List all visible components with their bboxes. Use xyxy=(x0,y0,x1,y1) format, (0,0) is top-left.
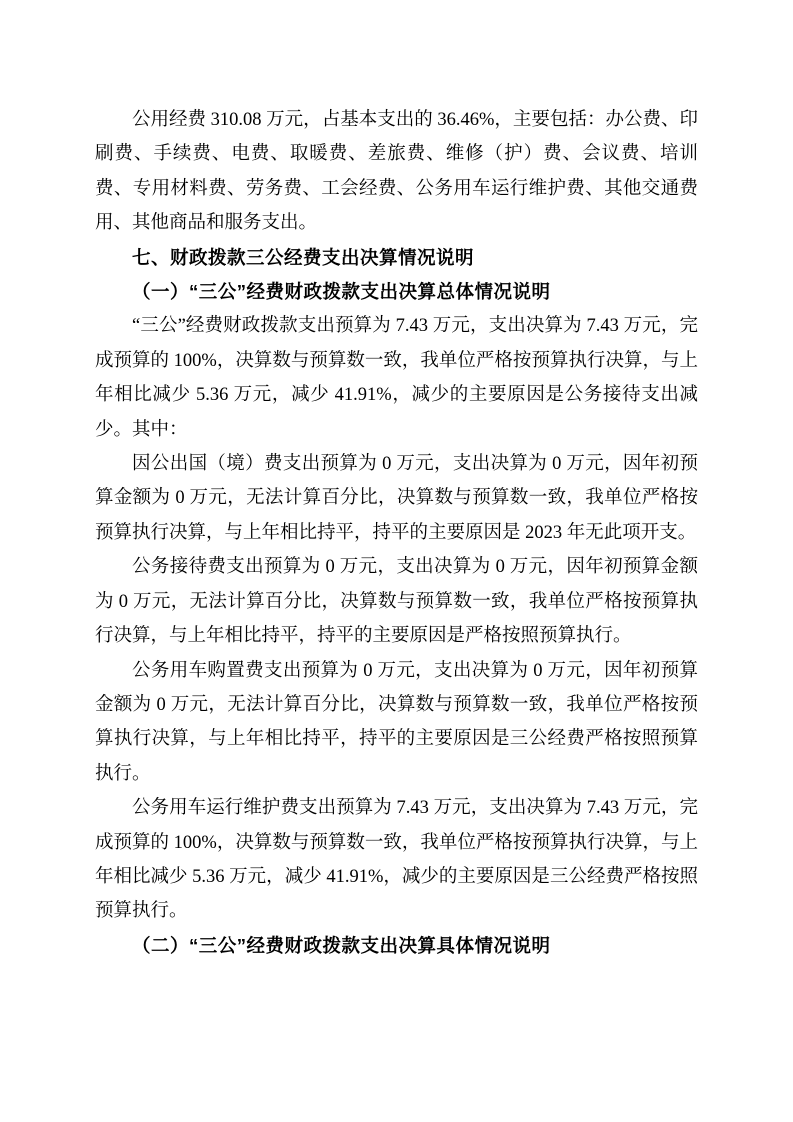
heading-subsection-1-overall-situation: （一）“三公”经费财政拨款支出决算总体情况说明 xyxy=(95,275,698,309)
paragraph-overseas-travel-expense: 因公出国（境）费支出预算为 0 万元，支出决算为 0 万元，因年初预算金额为 0… xyxy=(95,447,698,550)
paragraph-public-expense-summary: 公用经费 310.08 万元，占基本支出的 36.46%，主要包括：办公费、印刷… xyxy=(95,103,698,241)
paragraph-vehicle-operation-expense: 公务用车运行维护费支出预算为 7.43 万元，支出决算为 7.43 万元，完成预… xyxy=(95,791,698,929)
heading-subsection-2-specific-situation: （二）“三公”经费财政拨款支出决算具体情况说明 xyxy=(95,929,698,963)
paragraph-vehicle-purchase-expense: 公务用车购置费支出预算为 0 万元，支出决算为 0 万元，因年初预算金额为 0 … xyxy=(95,654,698,792)
heading-section-7-three-public-funds: 七、财政拨款三公经费支出决算情况说明 xyxy=(95,241,698,275)
document-page: 公用经费 310.08 万元，占基本支出的 36.46%，主要包括：办公费、印刷… xyxy=(0,0,793,1122)
paragraph-official-reception-expense: 公务接待费支出预算为 0 万元，支出决算为 0 万元，因年初预算金额为 0 万元… xyxy=(95,550,698,653)
paragraph-three-public-overall: “三公”经费财政拨款支出预算为 7.43 万元，支出决算为 7.43 万元，完成… xyxy=(95,309,698,447)
